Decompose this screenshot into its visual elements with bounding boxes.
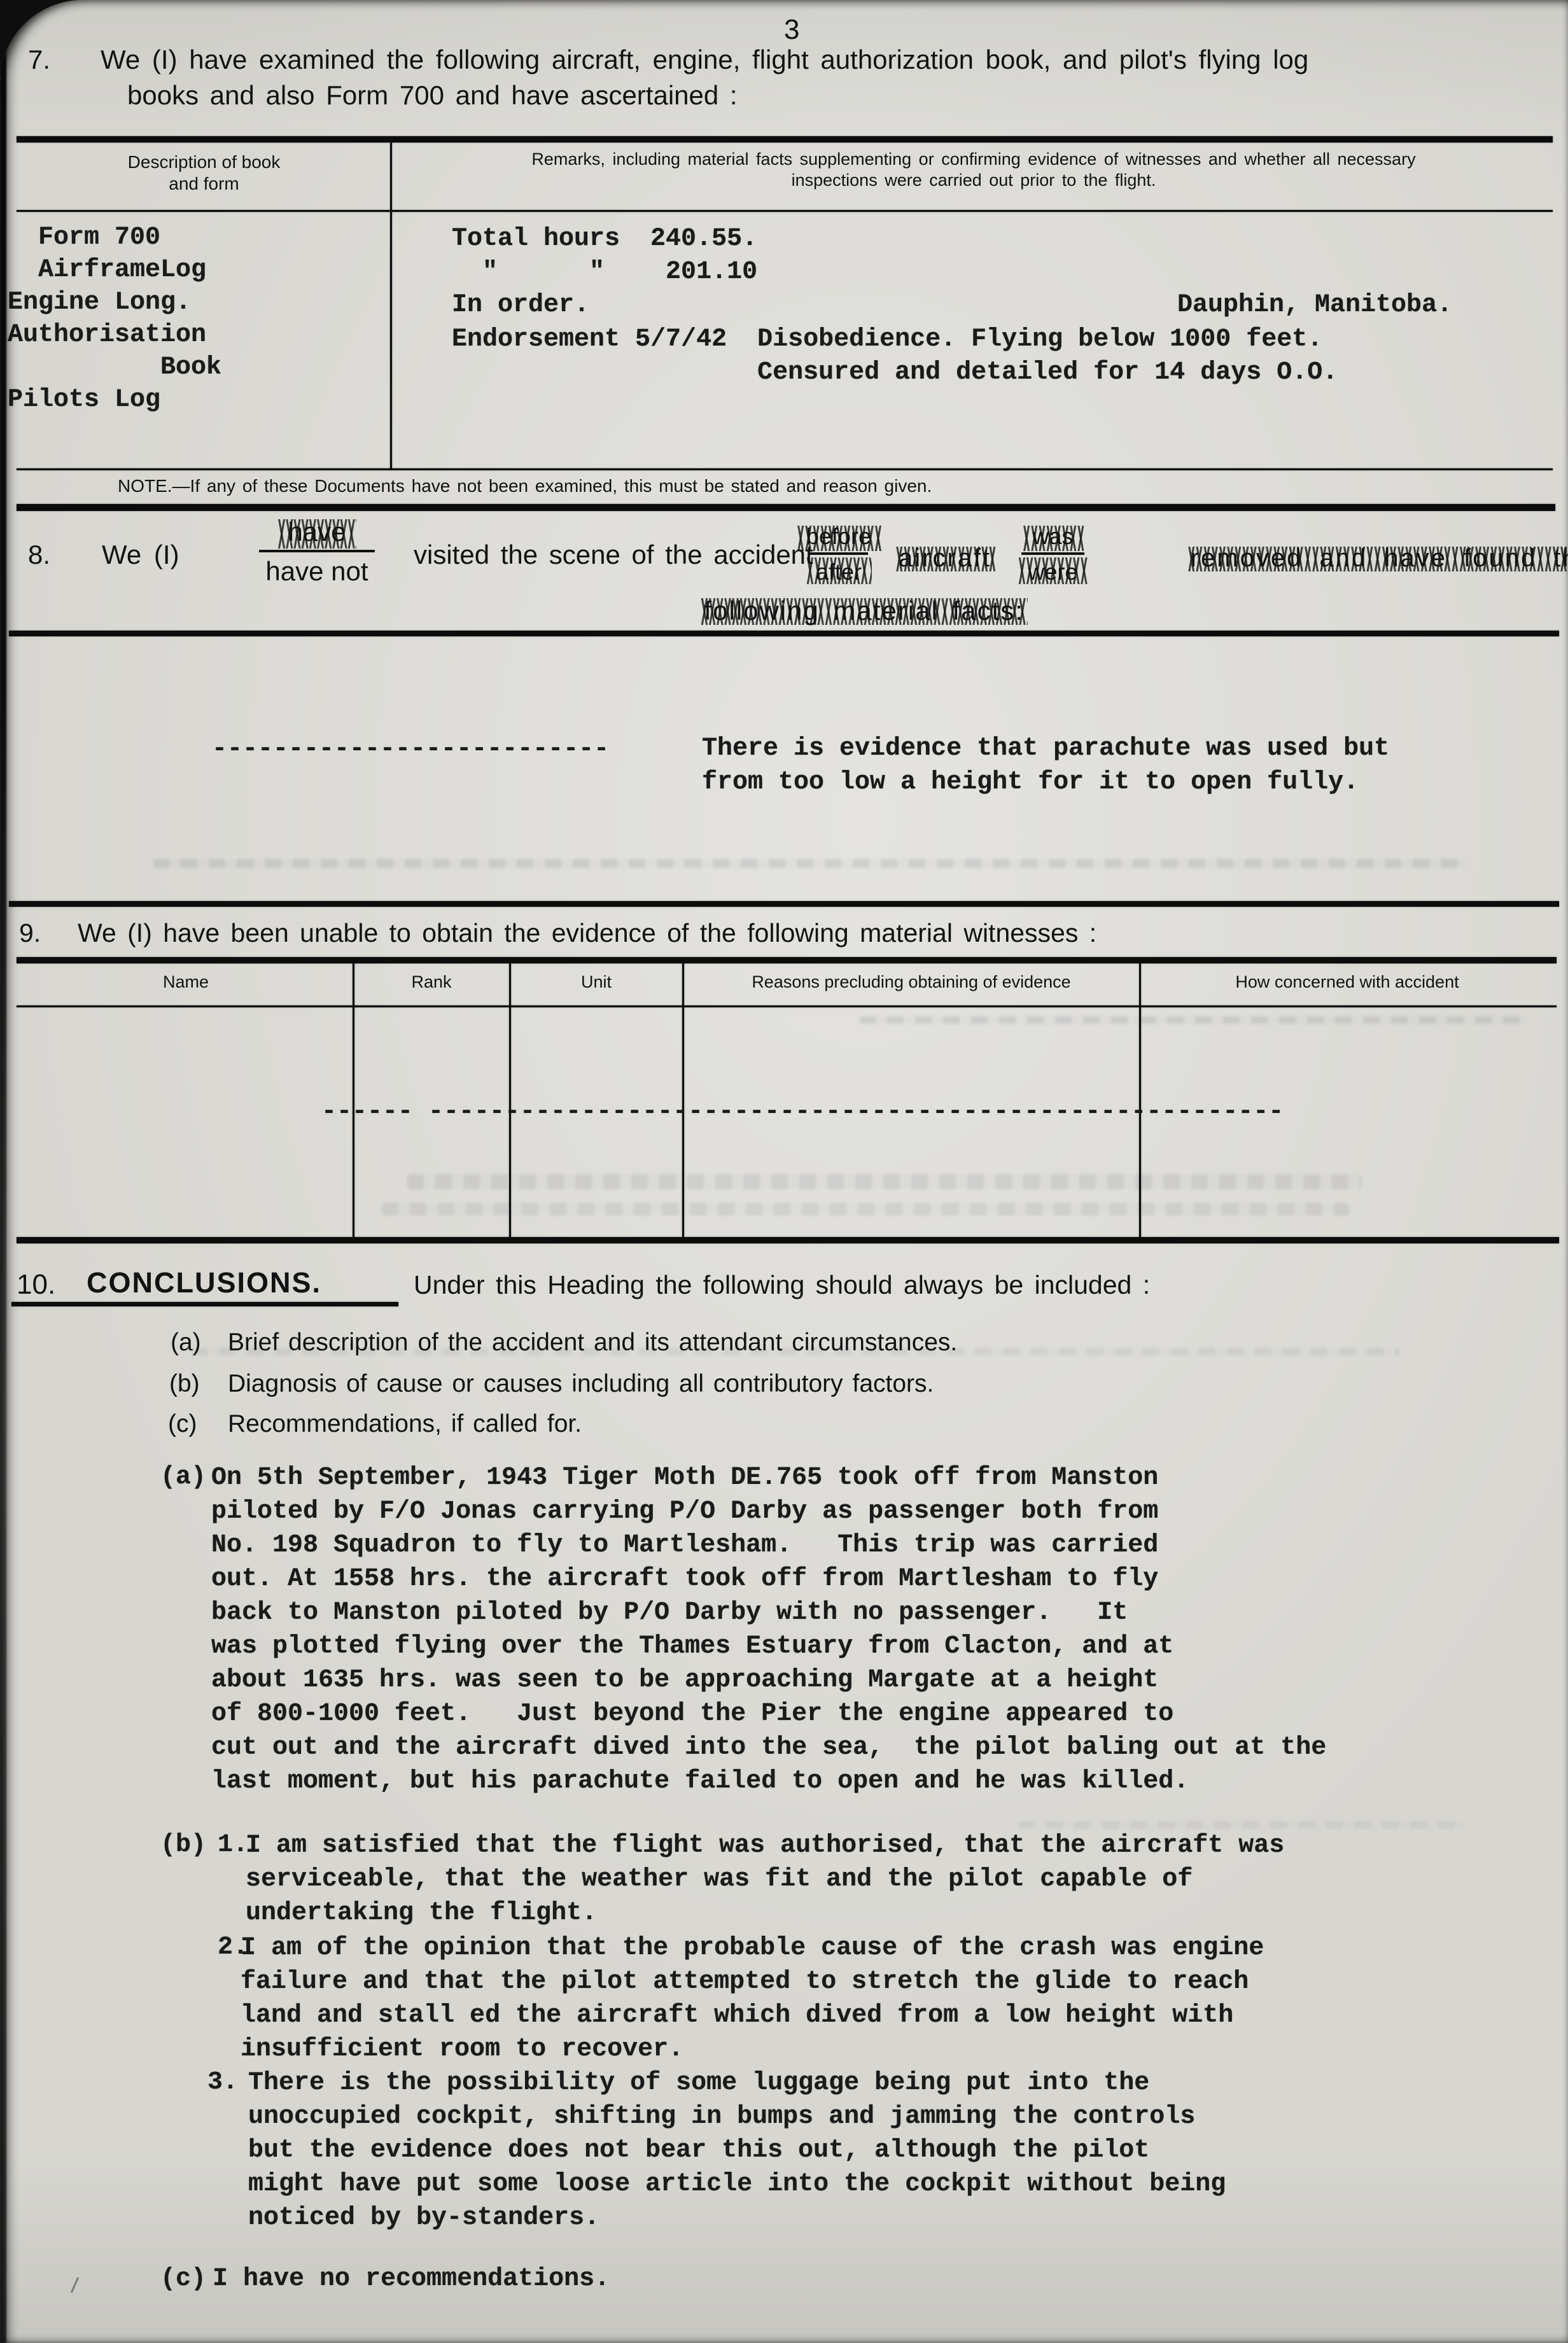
table9-col-rank: Rank xyxy=(354,972,509,992)
struck-removed-phrase: removed and have found the xyxy=(1191,544,1568,573)
typed-b1-number: 1. xyxy=(218,1829,248,1862)
typed-c-text: I have no recommendations. xyxy=(213,2263,610,2296)
struck-aircraft: aircraft xyxy=(899,544,991,573)
note-text: NOTE.—If any of these Documents have not… xyxy=(118,476,932,496)
page-number: 3 xyxy=(784,14,799,46)
item10-subtitle: Under this Heading the following should … xyxy=(414,1270,1150,1300)
item8-before-after-fraction: before after xyxy=(788,523,890,585)
item8-we-i: We (I) xyxy=(102,540,179,570)
printed-item-c-label: (c) xyxy=(168,1410,197,1438)
struck-before: before xyxy=(800,523,878,552)
typed-endorsement: Endorsement 5/7/42 Disobedience. Flying … xyxy=(452,323,1338,389)
table9-bottom-border xyxy=(17,1237,1559,1243)
note-bottom-border xyxy=(17,504,1555,511)
scan-edge-strip xyxy=(0,0,6,2343)
item8-have-fraction: have have not xyxy=(241,517,393,587)
table9-top-border xyxy=(17,957,1557,963)
have-not-option: have not xyxy=(259,550,374,587)
item10-title: CONCLUSIONS. xyxy=(87,1266,321,1299)
item9-number: 9. xyxy=(19,918,41,948)
struck-have: have xyxy=(281,517,352,550)
printed-item-b-text: Diagnosis of cause or causes including a… xyxy=(228,1370,934,1398)
typed-total-hours: Total hours 240.55. " " 201.10 xyxy=(452,223,757,289)
table7-col-header-remarks: Remarks, including material facts supple… xyxy=(398,149,1550,191)
bleed-through-mark xyxy=(382,1203,1349,1215)
typed-b1-paragraph: I am satisfied that the flight was autho… xyxy=(246,1829,1284,1930)
item7-number: 7. xyxy=(28,45,50,75)
struck-following-phrase: following material facts: xyxy=(704,596,1024,626)
printed-item-b-label: (b) xyxy=(169,1370,200,1398)
item8-was-were-fraction: was were xyxy=(1013,523,1093,585)
table7-top-border xyxy=(17,136,1553,143)
typed-a-label: (a) xyxy=(160,1461,206,1494)
typed-book-list: Form 700 AirframeLog Engine Long. Author… xyxy=(8,221,221,416)
table9-col-unit: Unit xyxy=(510,972,682,992)
table9-col-reasons: Reasons precluding obtaining of evidence xyxy=(683,972,1139,992)
typed-parachute-evidence: There is evidence that parachute was use… xyxy=(702,732,1389,799)
item9-top-rule xyxy=(9,901,1559,907)
item10-underline xyxy=(11,1302,398,1306)
item9-heading: We (I) have been unable to obtain the ev… xyxy=(78,918,1096,948)
printed-item-c-text: Recommendations, if called for. xyxy=(228,1410,582,1438)
typed-b-label: (b) xyxy=(160,1829,206,1862)
table7-bottom-thin-rule xyxy=(17,468,1553,470)
item8-visited-text: visited the scene of the accident xyxy=(414,540,813,570)
printed-item-a-label: (a) xyxy=(171,1329,201,1357)
pencil-mark xyxy=(71,2277,79,2293)
table9-col-name: Name xyxy=(19,972,353,992)
table7-header-underline xyxy=(17,210,1553,212)
bleed-through-mark xyxy=(153,859,1464,868)
table7-column-divider xyxy=(390,143,392,470)
item8-bottom-rule xyxy=(9,631,1559,636)
typed-a-paragraph: On 5th September, 1943 Tiger Moth DE.765… xyxy=(211,1461,1326,1798)
typed-empty-row-dashes: ------ ---------------------------------… xyxy=(321,1096,1284,1129)
item10-number: 10. xyxy=(17,1269,55,1301)
typed-dashed-line: -------------------------- xyxy=(212,733,609,766)
typed-in-order: In order. xyxy=(452,289,589,322)
item7-line2: books and also Form 700 and have ascerta… xyxy=(127,80,738,111)
typed-c-label: (c) xyxy=(160,2263,206,2296)
table7-col-header-book: Description of book and form xyxy=(18,151,390,195)
typed-b3-paragraph: There is the possibility of some luggage… xyxy=(248,2066,1226,2235)
item7-line1: We (I) have examined the following aircr… xyxy=(101,45,1308,75)
typed-b3-number: 3. xyxy=(207,2066,238,2099)
struck-after: after xyxy=(809,552,868,585)
bleed-through-mark xyxy=(1018,1821,1464,1829)
bleed-through-mark xyxy=(859,1016,1527,1024)
item8-number: 8. xyxy=(28,540,50,570)
bleed-through-mark xyxy=(407,1174,1362,1189)
table9-col-how-concerned: How concerned with accident xyxy=(1140,972,1554,992)
scanned-accident-report-page: 3 7. We (I) have examined the following … xyxy=(0,0,1568,2343)
typed-location: Dauphin, Manitoba. xyxy=(1177,289,1452,322)
printed-item-a-text: Brief description of the accident and it… xyxy=(228,1329,957,1357)
struck-was: was xyxy=(1026,523,1079,552)
table9-header-underline xyxy=(17,1005,1557,1007)
typed-b2-paragraph: I am of the opinion that the probable ca… xyxy=(241,1931,1264,2066)
struck-were: were xyxy=(1021,552,1084,585)
